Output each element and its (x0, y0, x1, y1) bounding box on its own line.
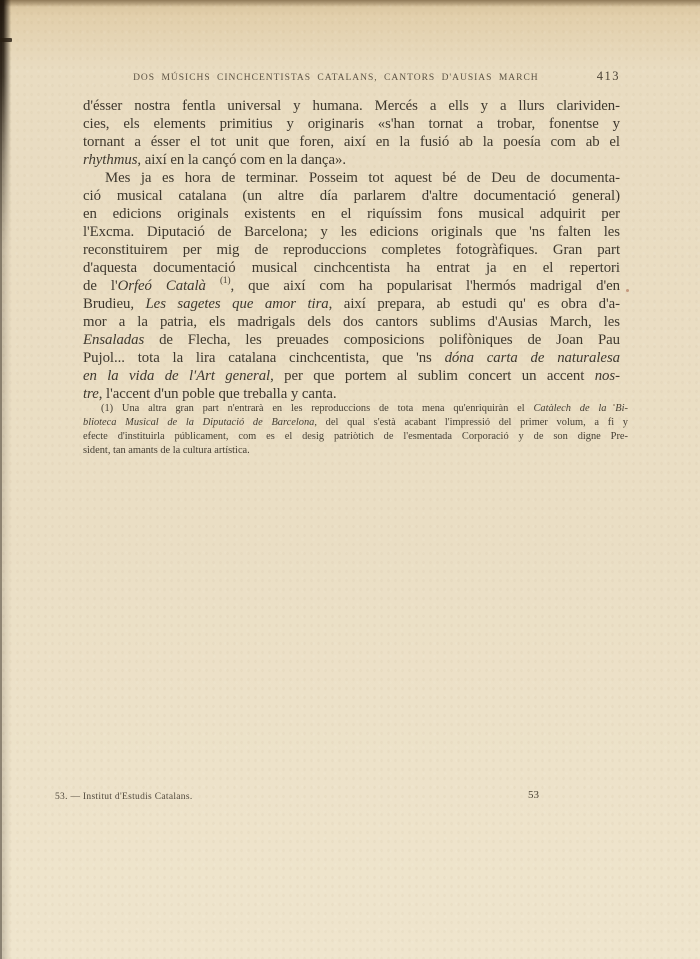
text-segment: cies, els elements primitius y originari… (83, 116, 620, 132)
text-segment: tornant a ésser el tot unit que foren, a… (83, 134, 620, 150)
text-segment: d'aquesta documentació musical cinchcent… (83, 260, 620, 276)
text-segment: (1) Una altra gran part n'entrarà en les… (101, 403, 533, 414)
paragraph-2: Mes ja es hora de terminar. Posseim tot … (83, 169, 620, 403)
footer-folio-number: 53 (528, 789, 539, 801)
text-segment: efecte d'instituirla públicament, com es… (83, 431, 628, 442)
page-number: 413 (589, 69, 620, 84)
text-line: ció musical catalana (un altre día parla… (83, 187, 620, 205)
text-line: Mes ja es hora de terminar. Posseim tot … (83, 169, 620, 187)
text-segment: en edicions originals existents en el ri… (83, 206, 620, 222)
text-line: Brudieu, Les sagetes que amor tira, així… (83, 295, 620, 313)
text-segment: , així prepara, ab estudi qu' es obra d'… (329, 296, 620, 312)
body-text: d'ésser nostra fentla universal y humana… (83, 97, 620, 403)
text-line: Ensaladas de Flecha, les preuades compos… (83, 331, 620, 349)
running-header: DOS MÚSICHS CINCHCENTISTAS CATALANS, CAN… (83, 69, 620, 84)
text-segment: Orfeó Català (118, 278, 206, 294)
text-segment: Catàlech de la Bi- (533, 403, 628, 414)
text-segment: sident, tan amants de la cultura artísti… (83, 445, 250, 456)
text-line: tre, l'accent d'un poble que treballa y … (83, 385, 620, 403)
text-segment: blioteca Musical de la Diputació de Barc… (83, 417, 314, 428)
text-line: Pujol... tota la lira catalana cinchcent… (83, 349, 620, 367)
text-line: rhythmus, així en la cançó com en la dan… (83, 151, 620, 169)
text-segment: reconstituirem per mig de reproduccions … (83, 242, 620, 258)
text-segment: rhythmus (83, 152, 137, 168)
text-segment (206, 278, 220, 294)
text-line: cies, els elements primitius y originari… (83, 115, 620, 133)
text-line: de l'Orfeó Català (1), que així com ha p… (83, 277, 620, 295)
binding-mark (0, 38, 12, 42)
paragraph-1: d'ésser nostra fentla universal y humana… (83, 97, 620, 169)
text-segment: dóna carta de naturalesa (445, 350, 620, 366)
paper-speck (626, 289, 629, 292)
footnote: (1) Una altra gran part n'entrarà en les… (83, 402, 628, 458)
text-line: (1) Una altra gran part n'entrarà en les… (83, 402, 628, 416)
text-segment: Brudieu, (83, 296, 146, 312)
text-segment: de Flecha, les preuades composicions pol… (144, 332, 620, 348)
text-segment: Pujol... tota la lira catalana cinchcent… (83, 350, 445, 366)
text-line: mor a la patria, els madrigals dels dos … (83, 313, 620, 331)
footnote-reference: (1) (220, 275, 231, 285)
text-segment: , l'accent d'un poble que treballa y can… (99, 386, 337, 402)
text-segment: , així en la cançó com en la dança». (137, 152, 346, 168)
text-segment: mor a la patria, els madrigals dels dos … (83, 314, 620, 330)
text-segment: en la vida de l'Art general (83, 368, 270, 384)
text-line: d'ésser nostra fentla universal y humana… (83, 97, 620, 115)
text-segment: , del qual s'està acabant l'impressió de… (314, 417, 628, 428)
text-segment: l'Excma. Diputació de Barcelona; y les e… (83, 224, 620, 240)
text-line: en la vida de l'Art general, per que por… (83, 367, 620, 385)
text-segment: , per que portem al sublim concert un ac… (270, 368, 595, 384)
text-segment: tre (83, 386, 99, 402)
running-title: DOS MÚSICHS CINCHCENTISTAS CATALANS, CAN… (83, 73, 589, 83)
text-line: efecte d'instituirla públicament, com es… (83, 430, 628, 444)
page-edge-line (0, 0, 2, 959)
text-segment: Mes ja es hora de terminar. Posseim tot … (105, 170, 620, 186)
text-line: l'Excma. Diputació de Barcelona; y les e… (83, 223, 620, 241)
scan-top-edge (0, 0, 700, 7)
text-segment: , que així com ha popularisat l'hermós m… (230, 278, 620, 294)
text-segment: nos- (595, 368, 620, 384)
text-line: reconstituirem per mig de reproduccions … (83, 241, 620, 259)
text-segment: Ensaladas (83, 332, 144, 348)
text-line: d'aquesta documentació musical cinchcent… (83, 259, 620, 277)
text-line: tornant a ésser el tot unit que foren, a… (83, 133, 620, 151)
text-segment: ció musical catalana (un altre día parla… (83, 188, 620, 204)
text-segment: d'ésser nostra fentla universal y humana… (83, 98, 620, 114)
text-line: en edicions originals existents en el ri… (83, 205, 620, 223)
text-segment: Les sagetes que amor tira (146, 296, 329, 312)
footer-imprint: 53. — Institut d'Estudis Catalans. (55, 792, 193, 802)
text-segment: de l' (83, 278, 118, 294)
text-line: blioteca Musical de la Diputació de Barc… (83, 416, 628, 430)
text-line: sident, tan amants de la cultura artísti… (83, 444, 628, 458)
